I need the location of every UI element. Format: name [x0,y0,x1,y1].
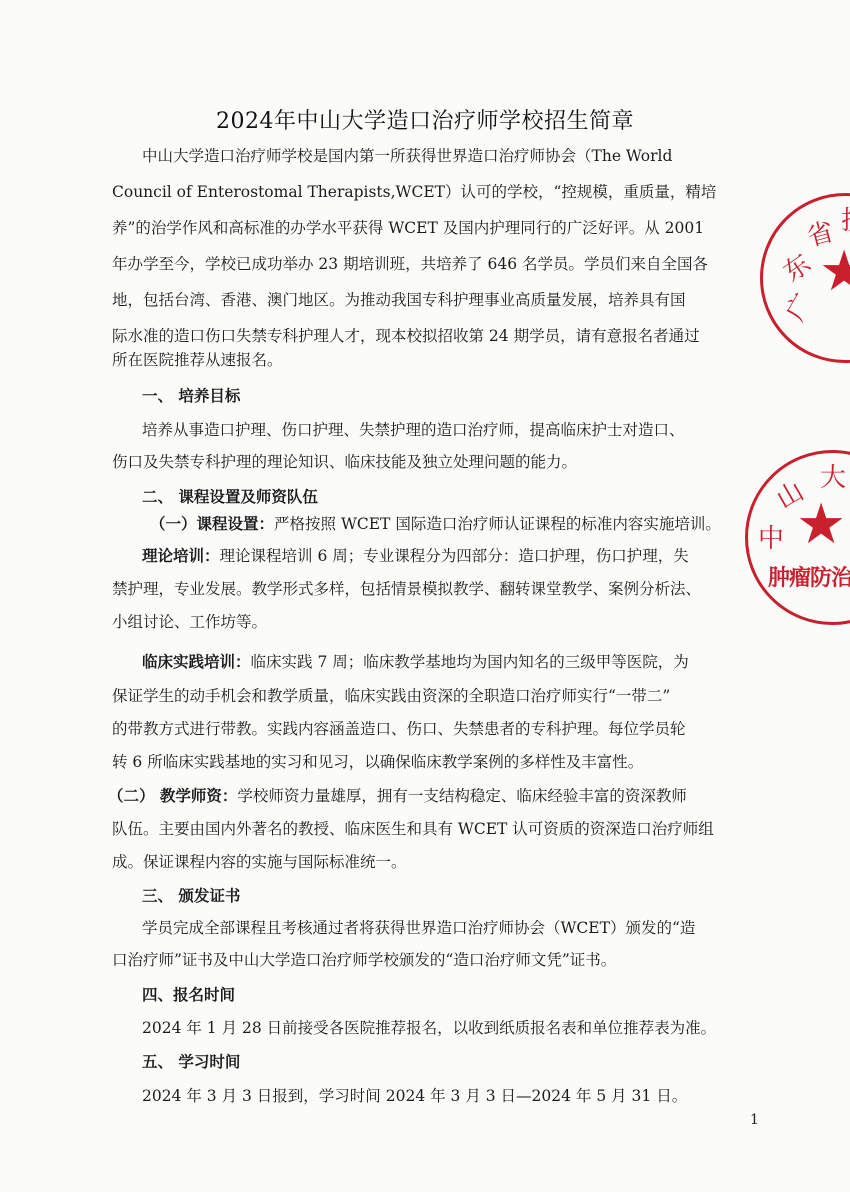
clinical-label: 临床实践培训： [142,652,251,671]
faculty-text: 学校师资力量雄厚，拥有一支结构稳定、临床经验丰富的资深教师 [237,787,687,805]
theory-line: 禁护理，专业发展。教学形式多样，包括情景模拟教学、翻转课堂教学、案例分析法、 [112,579,701,599]
section-line: 2024 年 3 月 3 日报到，学习时间 2024 年 3 月 3 日—202… [142,1086,687,1106]
stamp-char: 中 [758,518,784,555]
section-heading: 四、报名时间 [142,985,235,1005]
faculty-line: （二） 教学师资：学校师资力量雄厚，拥有一支结构稳定、临床经验丰富的资深教师 [108,786,687,806]
clinical-line: 的带教方式进行带教。实践内容涵盖造口、伤口、失禁患者的专科护理。每位学员轮 [112,719,686,739]
clinical-line: 临床实践培训：临床实践 7 周；临床教学基地均为国内知名的三级甲等医院，为 [142,652,689,672]
subsection-text: 严格按照 WCET 国际造口治疗师认证课程的标准内容实施培训。 [274,515,721,533]
theory-label: 理论培训： [142,546,220,565]
theory-text: 理论课程培训 6 周；专业课程分为四部分：造口护理，伤口护理，失 [220,547,689,565]
subsection-line: （一）课程设置：严格按照 WCET 国际造口治疗师认证课程的标准内容实施培训。 [150,514,721,534]
official-seal-stamp: 中 山 大 ★ 肿瘤防治中 [745,450,850,625]
theory-line: 小组讨论、工作坊等。 [112,612,267,632]
theory-line: 理论培训：理论课程培训 6 周；专业课程分为四部分：造口护理，伤口护理，失 [142,546,689,566]
stamp-char: 大 [820,457,846,494]
star-icon: ★ [819,244,850,300]
section-line: 学员完成全部课程且考核通过者将获得世界造口治疗师协会（WCET）颁发的“造 [142,918,695,938]
intro-line: 地，包括台湾、香港、澳门地区。为推动我国专科护理事业高质量发展，培养具有国 [112,290,686,310]
section-line: 伤口及失禁专科护理的理论知识、临床技能及独立处理问题的能力。 [112,452,577,472]
intro-line: 中山大学造口治疗师学校是国内第一所获得世界造口治疗师协会（The World [142,146,672,166]
section-line: 2024 年 1 月 28 日前接受各医院推荐报名，以收到纸质报名表和单位推荐表… [142,1018,716,1038]
star-icon: ★ [796,497,846,553]
intro-line: 际水准的造口伤口失禁专科护理人才，现本校拟招收第 24 期学员，请有意报名者通过 [112,326,700,346]
clinical-text: 临床实践 7 周；临床教学基地均为国内知名的三级甲等医院，为 [251,653,689,671]
section-line: 培养从事造口护理、伤口护理、失禁护理的造口治疗师，提高临床护士对造口、 [142,420,685,440]
intro-line: Council of Enterostomal Therapists,WCET）… [112,182,716,202]
section-heading: 二、 课程设置及师资队伍 [142,487,318,507]
intro-line: 所在医院推荐从速报名。 [112,350,283,370]
clinical-line: 保证学生的动手机会和教学质量，临床实践由资深的全职造口治疗师实行“一带二” [112,686,670,706]
clinical-line: 转 6 所临床实践基地的实习和见习，以确保临床教学案例的多样性及丰富性。 [112,752,643,772]
faculty-label: （二） 教学师资： [108,786,237,805]
official-seal-stamp: 广 东 省 抗 ★ [760,193,850,363]
stamp-char: 广 [775,286,820,327]
document-title: 2024年中山大学造口治疗师学校招生简章 [0,104,850,135]
stamp-char: 抗 [841,200,850,237]
faculty-line: 成。保证课程内容的实施与国际标准统一。 [112,852,407,872]
stamp-bottom-text: 肿瘤防治中 [768,561,850,592]
intro-line: 养”的治学作风和高标准的办学水平获得 WCET 及国内护理同行的广泛好评。从 2… [112,218,704,238]
section-heading: 一、 培养目标 [142,386,240,406]
faculty-line: 队伍。主要由国内外著名的教授、临床医生和具有 WCET 认可资质的资深造口治疗师… [112,819,714,839]
document-page: 2024年中山大学造口治疗师学校招生简章 中山大学造口治疗师学校是国内第一所获得… [0,0,850,1192]
subsection-label: （一）课程设置： [150,514,274,533]
section-heading: 五、 学习时间 [142,1052,240,1072]
section-line: 口治疗师”证书及中山大学造口治疗师学校颁发的“造口治疗师文凭”证书。 [112,950,616,970]
section-heading: 三、 颁发证书 [142,886,240,906]
page-number: 1 [750,1112,759,1128]
intro-line: 年办学至今，学校已成功举办 23 期培训班，共培养了 646 名学员。学员们来自… [112,254,708,274]
